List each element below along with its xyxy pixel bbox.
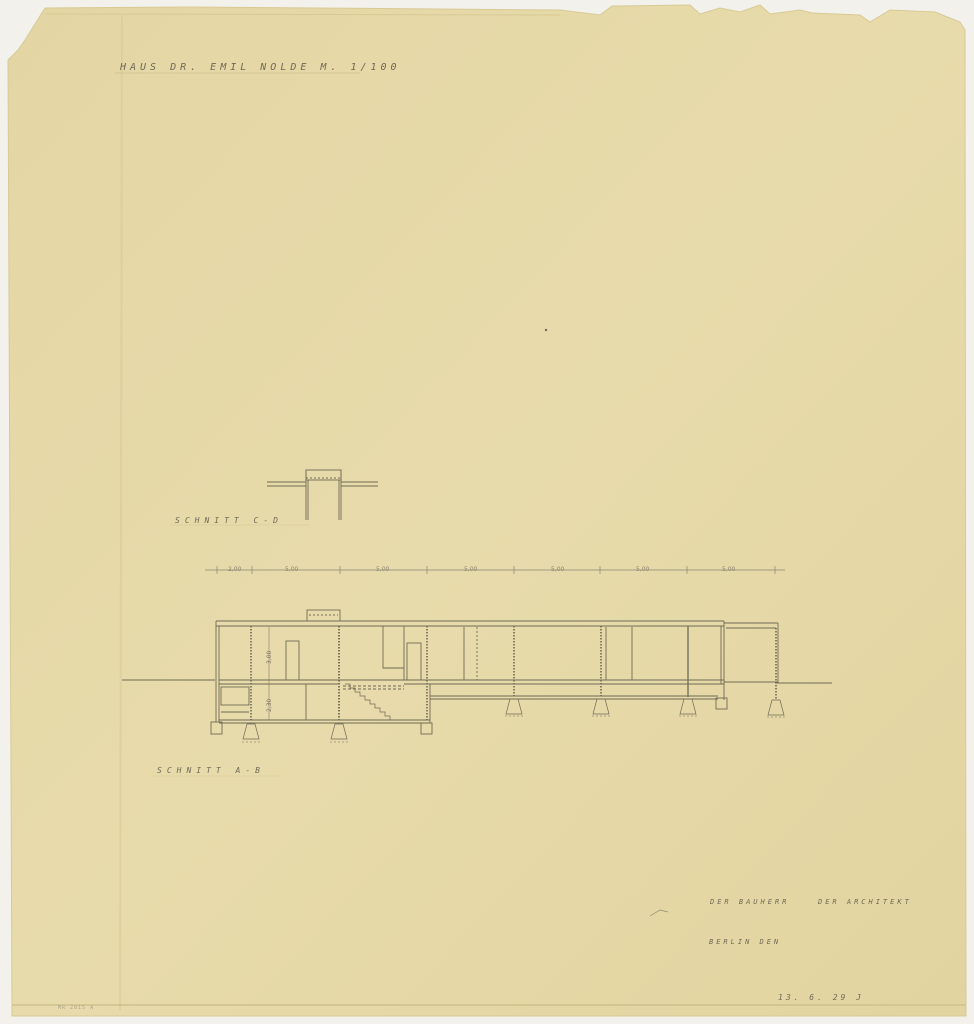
drawing-title: HAUS DR. EMIL NOLDE M. 1/100: [120, 62, 401, 73]
dim-label: 2,00: [228, 566, 241, 573]
dim-label: 5,00: [464, 566, 477, 573]
section-cd-label: SCHNITT C-D: [175, 516, 283, 525]
vertical-dim-label: 3,00: [266, 651, 273, 664]
drawing-date: 13. 6. 29 J: [778, 993, 864, 1002]
dim-label: 5,00: [285, 566, 298, 573]
vertical-dim-label: 2,30: [266, 699, 273, 712]
architect-signature-label: DER ARCHITEKT: [818, 898, 912, 906]
dim-label: 5,00: [376, 566, 389, 573]
client-signature-label: DER BAUHERR: [710, 898, 789, 906]
section-ab-label: SCHNITT A-B: [157, 766, 265, 775]
tracing-paper: [8, 5, 966, 1016]
dim-label: 5,00: [551, 566, 564, 573]
archive-stamp: MR 2015 A: [58, 1005, 94, 1011]
dim-label: 5,00: [722, 566, 735, 573]
drawing-sheet: 2,00 5,00 5,00 5,00 5,00 5,00 5,00 3,00 …: [0, 0, 974, 1024]
dim-label: 5,00: [636, 566, 649, 573]
place-date-label: BERLIN DEN: [709, 938, 781, 946]
paper-and-drawing: [0, 0, 974, 1024]
